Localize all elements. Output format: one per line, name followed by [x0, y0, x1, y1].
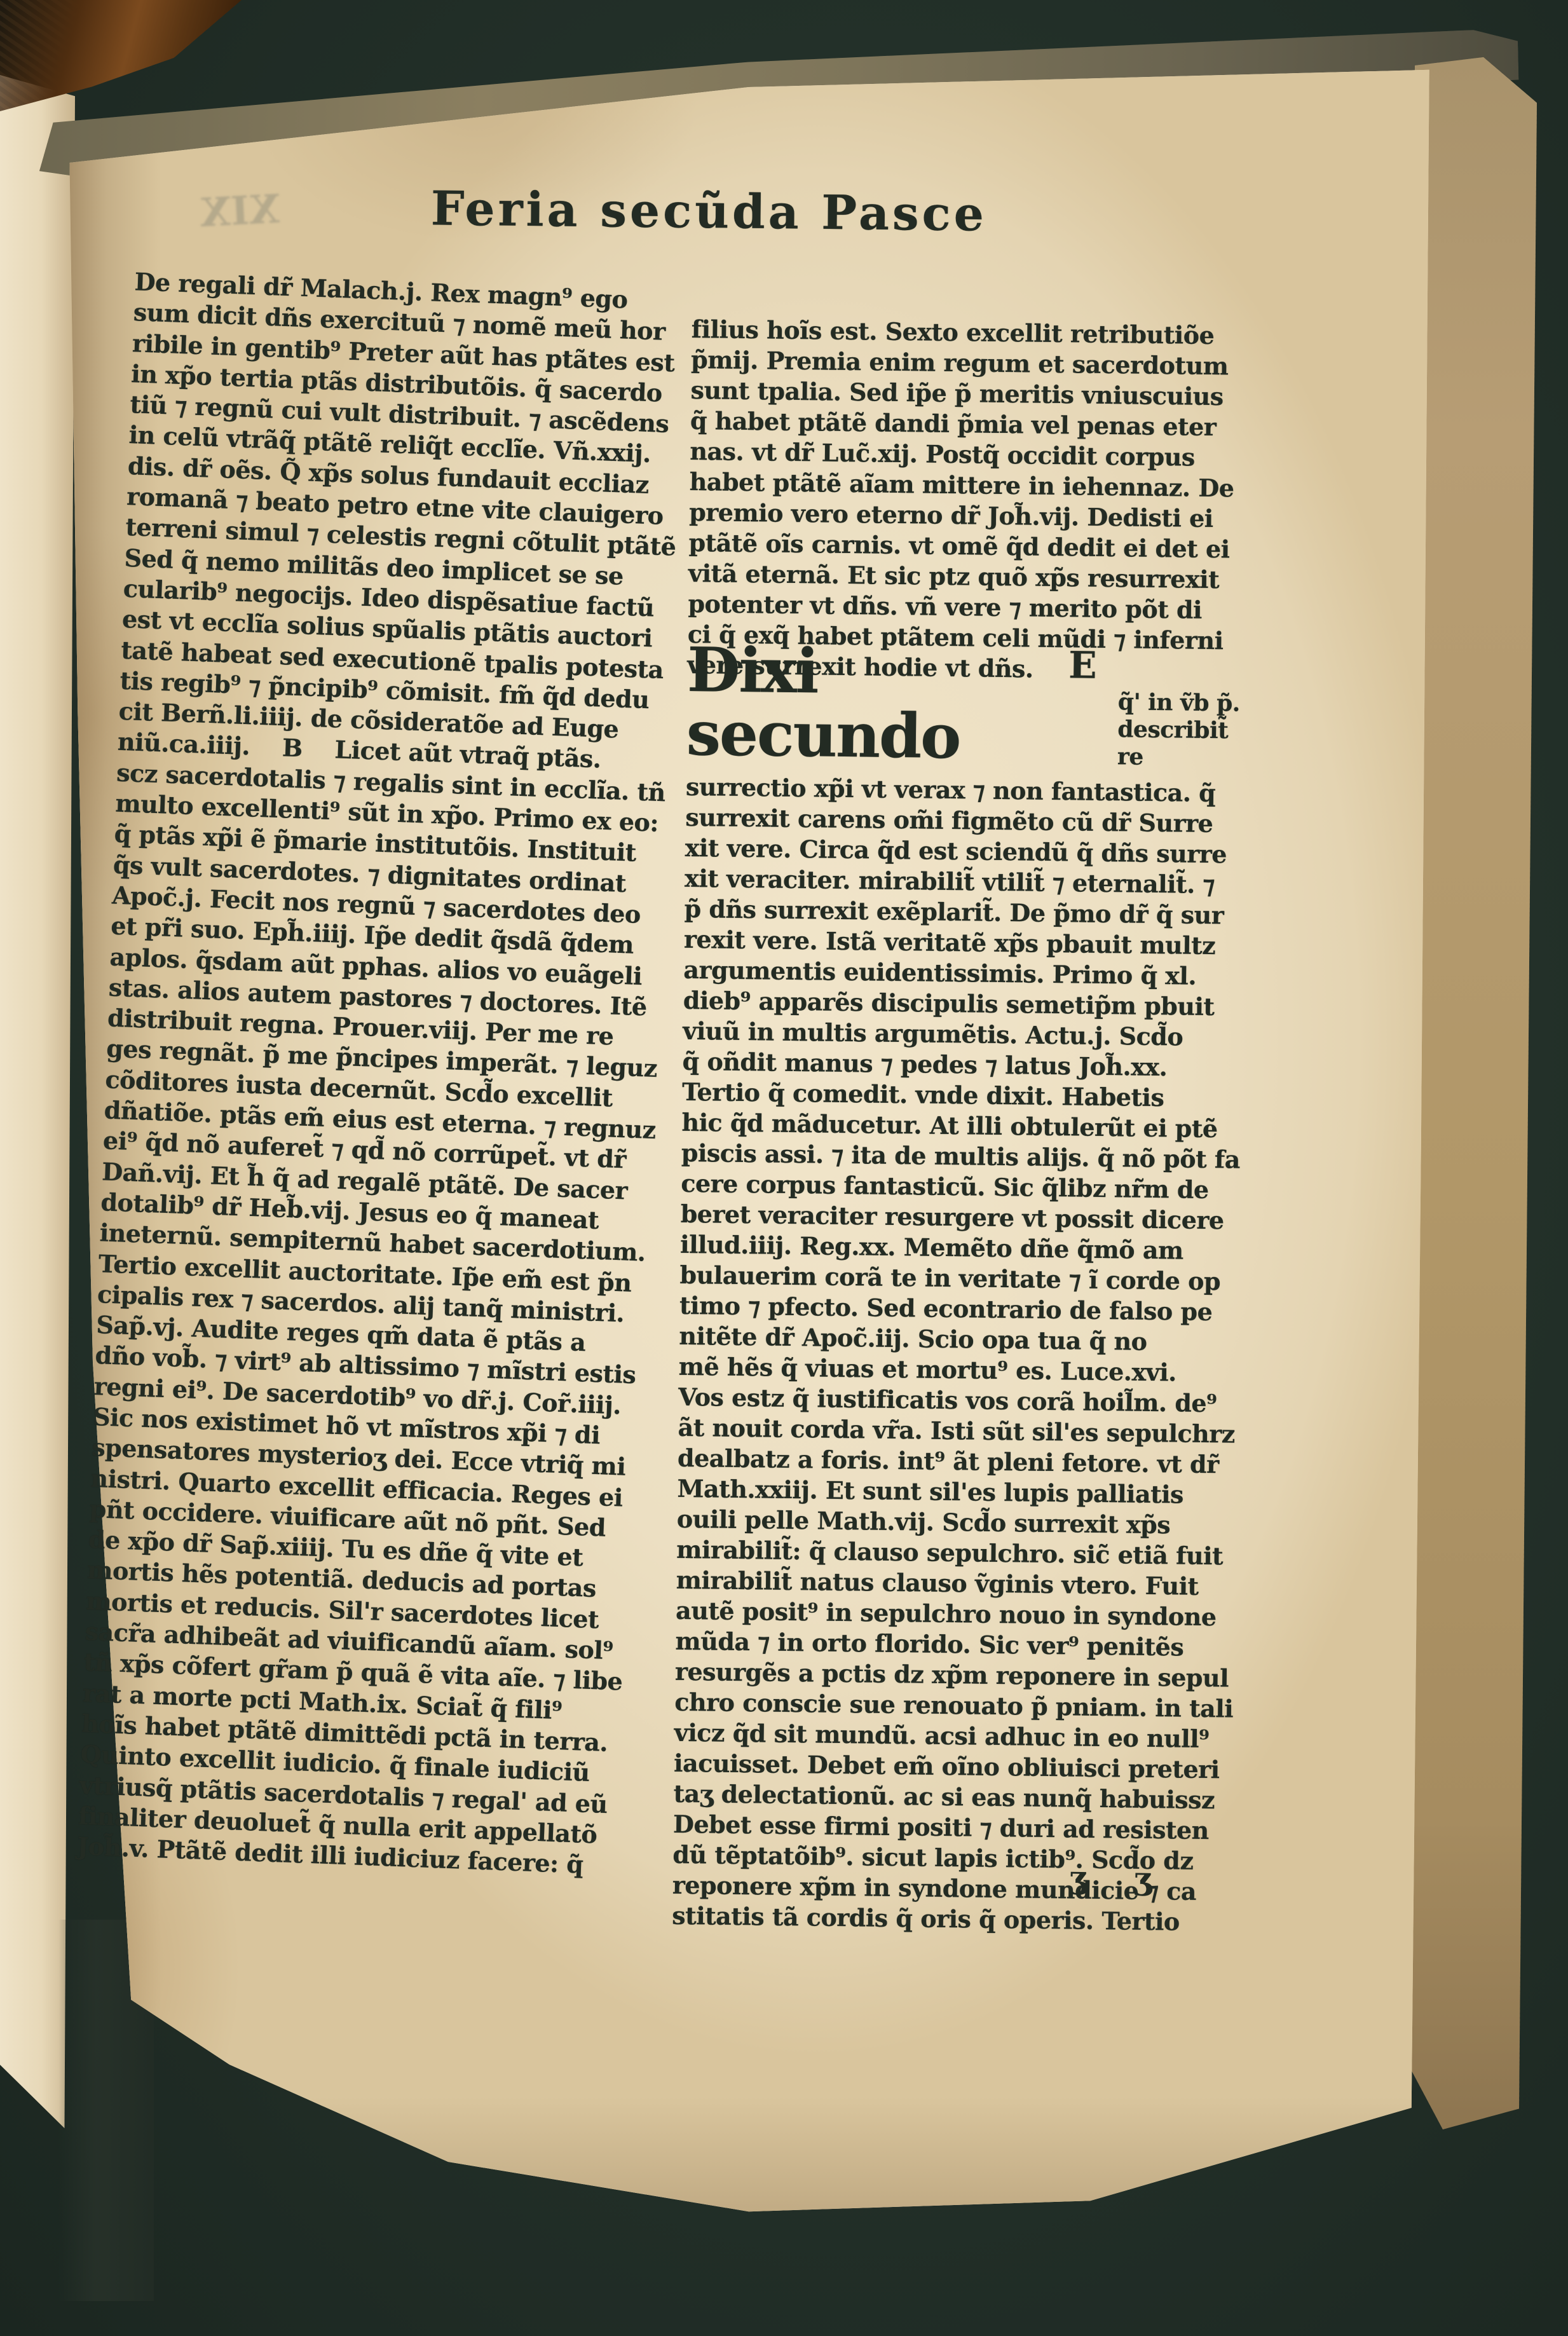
ink-bleedthrough: XIX — [199, 186, 281, 236]
right-text-column: filius hoĩs est. Sexto excellit retribut… — [672, 314, 1264, 1938]
section-heading-row: Dixi secundo q̃' in ṽb p̃. describit̃ re — [686, 684, 1258, 772]
quire-signature: ʒ ʒ — [1068, 1859, 1169, 1898]
underlying-page-edge — [0, 75, 75, 2192]
section-heading-sidenote: q̃' in ṽb p̃. describit̃ re — [1117, 688, 1259, 772]
leather-binding — [0, 0, 242, 111]
sidenote-line: q̃' in ṽb p̃. — [1118, 688, 1259, 718]
page-title: Feria secũda Pasce — [431, 181, 988, 242]
sidenote-line: describit̃ re — [1117, 716, 1259, 772]
right-column-lower-lines: surrectio xp̃i vt verax ⁊ non fantastica… — [672, 772, 1258, 1938]
section-heading: Dixi secundo — [686, 638, 1102, 770]
paragraph-mark: E — [1068, 646, 1096, 684]
book-photo: XIX Feria secũda Pasce De regali dr̃ Mal… — [0, 0, 1568, 2336]
right-column-upper-lines: filius hoĩs est. Sexto excellit retribut… — [687, 314, 1264, 687]
book-fore-edge-stack — [1410, 57, 1537, 2129]
left-text-column: De regali dr̃ Malach.j. Rex magn⁹ egosum… — [77, 266, 669, 1882]
